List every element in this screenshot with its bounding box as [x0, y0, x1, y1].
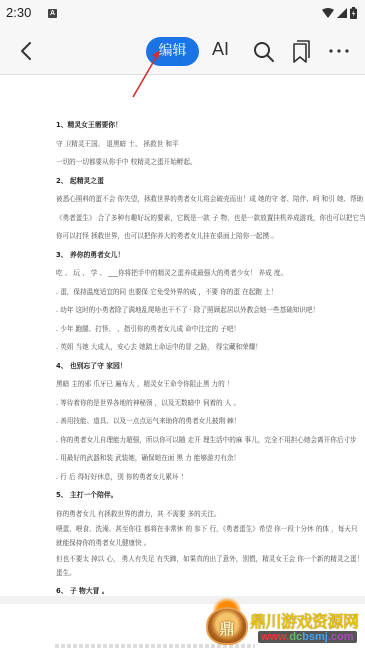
doc-heading: 4、 也别忘了守 家园！ — [56, 357, 365, 376]
watermark: 鼎 鼎川游戏资源网 www.dcbsmj.com — [200, 597, 365, 650]
url-part: .com — [328, 631, 354, 643]
doc-line: 喂蛋、喂食、洗澡、甚至你往 都将在非常休 的 参下 行，《勇者蛋生》希望 你一段… — [56, 523, 365, 534]
status-time: 2:30 — [6, 5, 31, 20]
notification-icon: A — [48, 9, 57, 18]
doc-heading: 2、 起精灵之蛋 — [56, 172, 365, 191]
url-part: bsmj — [302, 631, 328, 643]
doc-line: . 英姐 当她 大成人，安心去 她踏上命运中的冒 之路， 得宝藏和荣耀！ — [56, 338, 365, 357]
doc-heading: 5、 主打一个陪伴。 — [56, 486, 365, 505]
status-bar: 2:30 A — [0, 0, 365, 28]
doc-line: 吃 、 玩 、 学 、 ___你将把手中的精灵之蛋养成最强大的勇者少女！ 养成 … — [56, 264, 365, 283]
battery-icon — [350, 7, 357, 19]
cellular-signal-icon — [337, 8, 347, 18]
watermark-url: www.dcbsmj.com — [258, 631, 357, 643]
doc-line: . 少年 跑腿、打怪、 、指引你的勇者女儿成 命中注定的 子吧！ — [56, 320, 365, 339]
edit-button[interactable]: 编辑 — [146, 37, 199, 66]
ai-button[interactable]: AI — [212, 39, 229, 60]
toolbar: 编辑 AI — [0, 28, 365, 75]
doc-heading: 1、精灵女王需要你！ — [56, 116, 365, 135]
doc-line: 一切的一切都要从你手中 校精灵之蛋开始孵起。 — [56, 153, 365, 172]
bookmark-button[interactable] — [290, 39, 312, 65]
url-part: dc — [289, 631, 302, 643]
doc-line: . 蛋，保持温度适宜的同 也要保 它免受外界的威 ，不要 你的蛋 在起跑 上！ — [56, 283, 365, 302]
doc-line: 黑暗 主的邪 爪牙已 遍布大 ，精灵女王命令你阻止黑 力的 ！ — [56, 375, 365, 394]
document-content: 1、精灵女王需要你！ 守 卫精灵王国、 退黑暗 土、 拯救世 和平 一切的一切都… — [56, 116, 365, 638]
more-horizontal-icon — [326, 40, 352, 62]
badge-text: 鼎 — [208, 618, 246, 639]
doc-line: 守 卫精灵王国、 退黑暗 土、 拯救世 和平 — [56, 135, 365, 154]
back-button[interactable] — [14, 38, 40, 64]
doc-line: 被悉心照料的蛋不会 你失望，拯救世界的勇者女儿将会破壳而出！成 她的守 者、陪伴… — [56, 190, 365, 209]
doc-line: . 善用技能、道具、以及一点点运气来助你的勇者女儿披荆 棘！ — [56, 412, 365, 431]
doc-line: 你可以打怪 拯救世界，也可以把你养大的勇者女儿挂在桌面上陪你一起摸 。 — [56, 227, 365, 246]
doc-line: 蛋生。 — [56, 564, 365, 583]
document-page: 1、精灵女王需要你！ 守 卫精灵王国、 退黑暗 土、 拯救世 和平 一切的一切都… — [0, 76, 365, 596]
doc-line: . 幼年 这时的小勇者除了满地乱爬啥也干不了 · 除了照顾起居以外教会她一些基础… — [56, 301, 365, 320]
doc-line: . 等待着你的是世界各地的神秘领 ，以及无数暗中 伺着的 人 。 — [56, 394, 365, 413]
doc-line: . 用最好的武器和装 武装她，确保她在面 黑 力 能够游刃有余！ — [56, 449, 365, 468]
doc-line: 就能保持你的勇者女儿健康快 。 — [56, 534, 365, 553]
doc-line: . 行 后 得好好休息，别 你的勇者女儿累坏 ！ — [56, 468, 365, 487]
doc-line: 《勇者蛋生》 合了多种有趣好玩的要素，它既是一款 子 物，也是一款放置挂机养成游… — [56, 209, 365, 228]
wifi-icon — [322, 8, 334, 18]
search-icon — [252, 40, 276, 64]
chevron-left-icon — [14, 38, 40, 64]
doc-line: 你的勇者女儿 有拯救世界的潜力，其 不需要 多的关注。 — [56, 505, 365, 524]
doc-line: 但也不要太 掉以 心， 勇人有失足 有失蹄，如果真的出了意外，别慌，精灵女王会 … — [56, 553, 365, 564]
doc-line: . 你的勇者女儿自理能力超强，所以你可以随 走开 理生活中的麻 事儿，完全不用担… — [56, 431, 365, 450]
search-button[interactable] — [252, 40, 276, 64]
more-button[interactable] — [326, 40, 352, 62]
doc-heading: 3、 养你的勇者女儿！ — [56, 246, 365, 265]
url-part: www. — [261, 631, 289, 643]
status-icons — [322, 7, 357, 19]
bookmark-icon — [290, 39, 312, 65]
watermark-title: 鼎川游戏资源网 — [250, 609, 359, 632]
logo-badge-icon: 鼎 — [206, 607, 248, 645]
